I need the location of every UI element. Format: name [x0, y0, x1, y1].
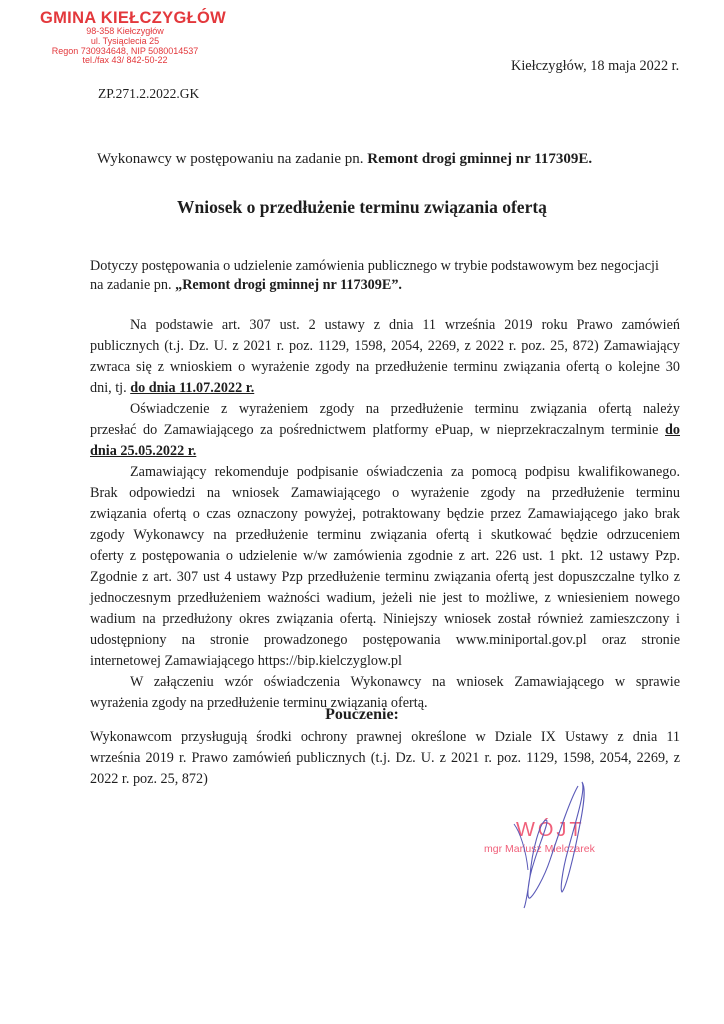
body-line: udostępniony na stronie prowadzonego pos…	[90, 631, 680, 649]
subject-project: „Remont drogi gminnej nr 117309E”.	[175, 277, 402, 293]
body-line: dni, tj. do dnia 11.07.2022 r.	[90, 379, 680, 397]
letterhead-address-line: tel./fax 43/ 842-50-22	[50, 56, 200, 66]
body-line: Zamawiający rekomenduje podpisanie oświa…	[130, 463, 680, 481]
subject-prefix: na zadanie pn.	[90, 277, 175, 293]
handwritten-signature-icon	[490, 780, 630, 910]
body-line: W załączeniu wzór oświadczenia Wykonawcy…	[130, 673, 680, 691]
subject-line: na zadanie pn. „Remont drogi gminnej nr …	[90, 276, 680, 294]
body-text: przesłać do Zamawiającego za pośrednictw…	[90, 422, 665, 438]
body-line: związania ofertą o czas oznaczony powyże…	[90, 505, 680, 523]
addressee-prefix: Wykonawcy w postępowaniu na zadanie pn.	[97, 151, 367, 167]
body-text: dni, tj.	[90, 380, 130, 396]
body-line: zgody Wykonawcy na przedłużenie terminu …	[90, 526, 680, 544]
body-line: zwraca się z wnioskiem o wyrażenie zgody…	[90, 358, 680, 376]
body-line: internetowej Zamawiającego https://bip.k…	[90, 652, 680, 670]
project-name: Remont drogi gminnej nr 117309E.	[367, 151, 592, 167]
body-line: Na podstawie art. 307 ust. 2 ustawy z dn…	[130, 316, 680, 334]
place-date: Kiełczygłów, 18 maja 2022 r.	[511, 58, 679, 75]
instruction-line: września 2019 r. Prawo zamówień publiczn…	[90, 749, 680, 767]
body-line: jednoczesnym przedłużeniem ważności wadi…	[90, 589, 680, 607]
body-line: przesłać do Zamawiającego za pośrednictw…	[90, 421, 680, 439]
response-deadline: do	[665, 422, 680, 438]
body-line: wadium na przedłużony okres związania of…	[90, 610, 680, 628]
instruction-line: Wykonawcom przysługują środki ochrony pr…	[90, 728, 680, 746]
letterhead-stamp: GMINA KIEŁCZYGŁÓW 98-358 Kiełczygłów ul.…	[40, 9, 200, 66]
document-title: Wniosek o przedłużenie terminu związania…	[0, 197, 724, 218]
extension-deadline: do dnia 11.07.2022 r.	[130, 380, 254, 396]
body-line: Oświadczenie z wyrażeniem zgody na przed…	[130, 400, 680, 418]
body-line: Zgodnie z art. 307 ust 4 ustawy Pzp prze…	[90, 568, 680, 586]
response-deadline: dnia 25.05.2022 r.	[90, 443, 196, 459]
document-page: GMINA KIEŁCZYGŁÓW 98-358 Kiełczygłów ul.…	[0, 0, 724, 1024]
instruction-heading: Pouczenie:	[0, 706, 724, 724]
municipality-name: GMINA KIEŁCZYGŁÓW	[40, 9, 200, 27]
body-line: dnia 25.05.2022 r.	[90, 442, 680, 460]
subject-line: Dotyczy postępowania o udzielenie zamówi…	[90, 257, 680, 275]
body-line: Brak odpowiedzi na wniosek Zamawiającego…	[90, 484, 680, 502]
reference-number: ZP.271.2.2022.GK	[98, 86, 199, 102]
addressee: Wykonawcy w postępowaniu na zadanie pn. …	[97, 151, 592, 168]
body-line: oferty z postępowania o udzielenie w/w z…	[90, 547, 680, 565]
body-line: publicznych (t.j. Dz. U. z 2021 r. poz. …	[90, 337, 680, 355]
